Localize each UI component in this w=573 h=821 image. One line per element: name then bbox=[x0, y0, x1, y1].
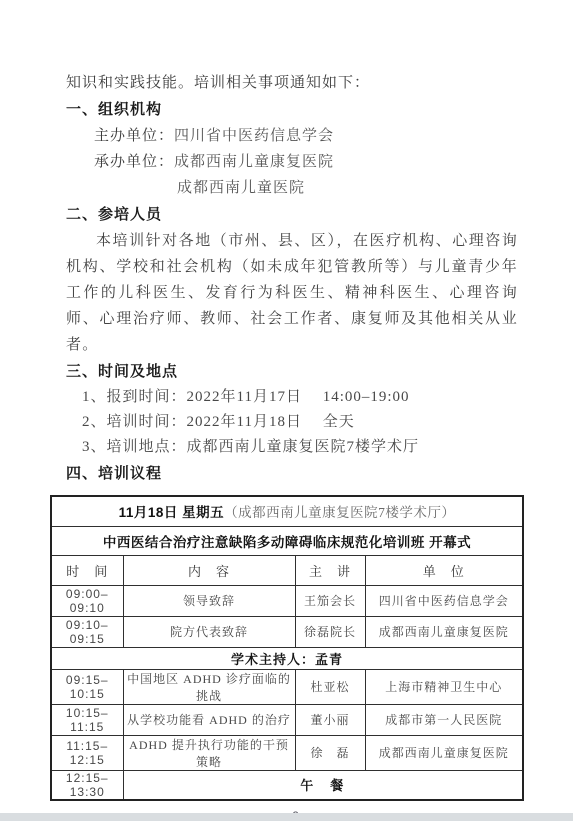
time-cell: 09:15–10:15 bbox=[51, 669, 123, 704]
agenda-date-cell: 11月18日 星期五（成都西南儿童康复医院7楼学术厅） bbox=[51, 496, 523, 526]
time-item-training: 2、培训时间：2022年11月18日 全天 bbox=[66, 410, 525, 435]
unit-cell: 四川省中医药信息学会 bbox=[365, 585, 523, 616]
unit-cell: 上海市精神卫生中心 bbox=[365, 669, 523, 704]
agenda-date-text: 11月18日 星期五 bbox=[119, 505, 225, 520]
agenda-header-row: 时 间 内 容 主 讲 单 位 bbox=[51, 555, 523, 585]
org-line-organizer: 承办单位：成都西南儿童康复医院 bbox=[66, 149, 525, 175]
time-cell: 09:10–09:15 bbox=[51, 616, 123, 647]
time-item-location: 3、培训地点：成都西南儿童康复医院7楼学术厅 bbox=[66, 435, 525, 460]
time-item-checkin: 1、报到时间：2022年11月17日 14:00–19:00 bbox=[66, 385, 525, 410]
content-cell: 院方代表致辞 bbox=[123, 616, 295, 647]
unit-cell: 成都西南儿童康复医院 bbox=[365, 735, 523, 770]
lunch-cell: 午 餐 bbox=[123, 770, 523, 800]
section-heading-organization: 一、组织机构 bbox=[66, 97, 525, 123]
content-cell: ADHD 提升执行功能的干预策略 bbox=[123, 735, 295, 770]
intro-text: 知识和实践技能。培训相关事项通知如下： bbox=[66, 70, 525, 96]
agenda-row: 10:15–11:15 从学校功能看 ADHD 的治疗 董小丽 成都市第一人民医… bbox=[51, 704, 523, 735]
speaker-cell: 董小丽 bbox=[295, 704, 365, 735]
agenda-row: 09:15–10:15 中国地区 ADHD 诊疗面临的挑战 杜亚松 上海市精神卫… bbox=[51, 669, 523, 704]
section-heading-participants: 二、参培人员 bbox=[66, 202, 525, 228]
content-cell: 中国地区 ADHD 诊疗面临的挑战 bbox=[123, 669, 295, 704]
page-content: 知识和实践技能。培训相关事项通知如下： 一、组织机构 主办单位：四川省中医药信息… bbox=[0, 0, 573, 821]
page-bottom-edge bbox=[0, 813, 573, 821]
time-cell: 11:15–12:15 bbox=[51, 735, 123, 770]
section-heading-time-place: 三、时间及地点 bbox=[66, 359, 525, 385]
org-label: 承办单位： bbox=[94, 154, 174, 170]
agenda-host-row: 学术主持人：孟青 bbox=[51, 647, 523, 669]
org-line-organizer-2: 成都西南儿童医院 bbox=[66, 175, 525, 201]
speaker-cell: 王笳会长 bbox=[295, 585, 365, 616]
content-cell: 领导致辞 bbox=[123, 585, 295, 616]
section-heading-agenda: 四、培训议程 bbox=[66, 461, 525, 487]
document-page: 知识和实践技能。培训相关事项通知如下： 一、组织机构 主办单位：四川省中医药信息… bbox=[0, 0, 573, 821]
time-cell: 10:15–11:15 bbox=[51, 704, 123, 735]
agenda-row: 09:10–09:15 院方代表致辞 徐磊院长 成都西南儿童康复医院 bbox=[51, 616, 523, 647]
speaker-cell: 徐 磊 bbox=[295, 735, 365, 770]
agenda-title-row: 中西医结合治疗注意缺陷多动障碍临床规范化培训班 开幕式 bbox=[51, 526, 523, 555]
host-cell: 学术主持人：孟青 bbox=[51, 647, 523, 669]
agenda-date-row: 11月18日 星期五（成都西南儿童康复医院7楼学术厅） bbox=[51, 496, 523, 526]
col-header-speaker: 主 讲 bbox=[295, 555, 365, 585]
org-label: 主办单位： bbox=[94, 128, 174, 144]
speaker-cell: 徐磊院长 bbox=[295, 616, 365, 647]
org-value: 成都西南儿童康复医院 bbox=[174, 154, 334, 170]
time-cell: 09:00–09:10 bbox=[51, 585, 123, 616]
speaker-cell: 杜亚松 bbox=[295, 669, 365, 704]
unit-cell: 成都西南儿童康复医院 bbox=[365, 616, 523, 647]
org-value: 四川省中医药信息学会 bbox=[174, 128, 334, 144]
col-header-unit: 单 位 bbox=[365, 555, 523, 585]
participants-paragraph: 本培训针对各地（市州、县、区），在医疗机构、心理咨询机构、学校和社会机构（如未成… bbox=[66, 228, 518, 358]
org-value: 成都西南儿童医院 bbox=[177, 180, 305, 196]
agenda-lunch-row: 12:15–13:30 午 餐 bbox=[51, 770, 523, 800]
content-cell: 从学校功能看 ADHD 的治疗 bbox=[123, 704, 295, 735]
agenda-row: 09:00–09:10 领导致辞 王笳会长 四川省中医药信息学会 bbox=[51, 585, 523, 616]
agenda-table: 11月18日 星期五（成都西南儿童康复医院7楼学术厅） 中西医结合治疗注意缺陷多… bbox=[50, 495, 524, 801]
org-line-host: 主办单位：四川省中医药信息学会 bbox=[66, 123, 525, 149]
unit-cell: 成都市第一人民医院 bbox=[365, 704, 523, 735]
agenda-title-cell: 中西医结合治疗注意缺陷多动障碍临床规范化培训班 开幕式 bbox=[51, 526, 523, 555]
time-cell: 12:15–13:30 bbox=[51, 770, 123, 800]
agenda-location-text: （成都西南儿童康复医院7楼学术厅） bbox=[224, 505, 455, 520]
agenda-row: 11:15–12:15 ADHD 提升执行功能的干预策略 徐 磊 成都西南儿童康… bbox=[51, 735, 523, 770]
col-header-content: 内 容 bbox=[123, 555, 295, 585]
col-header-time: 时 间 bbox=[51, 555, 123, 585]
